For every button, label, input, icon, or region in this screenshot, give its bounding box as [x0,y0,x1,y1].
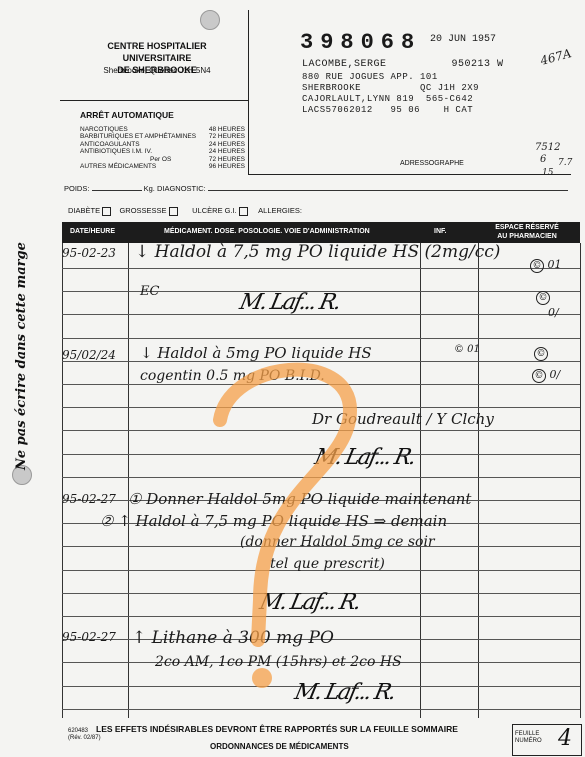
margin-note: 7512 [535,142,560,153]
order-date: 95/02/24 [62,348,116,362]
arret-value: 72 HEURES [209,133,245,140]
diabete-label: DIABÈTE [68,206,100,215]
arret-row: ANTIBIOTIQUES I.M. IV.24 HEURES [80,148,245,155]
arret-value: 24 HEURES [209,141,245,148]
order-line: (donner Haldol 5mg ce soir [240,534,435,550]
allergies-label: ALLERGIES: [258,206,302,215]
arret-label: AUTRES MÉDICAMENTS [80,163,156,170]
pharm-check-icon: © [534,347,548,361]
margin-note: 7.7 [558,158,572,168]
col-pharmacien-line2: AU PHARMACIEN [482,232,572,241]
punch-hole [200,10,220,30]
arret-row: BARBITURIQUES ET AMPHÉTAMINES72 HEURES [80,133,245,140]
addressograph-lines: LACOMBE,SERGE 950213 W880 RUE JOGUES APP… [302,58,504,116]
order-line: ↓ Haldol à 5mg PO liquide HS [140,344,372,362]
grid-line [580,243,581,718]
inf-mark: © 01 [454,344,480,355]
col-pharmacien: ESPACE RÉSERVÉ AU PHARMACIEN [482,223,572,241]
poids-label: POIDS: [64,184,89,193]
adverse-effects-warning: LES EFFETS INDÉSIRABLES DEVRONT ÊTRE RAP… [96,724,458,734]
order-date: 95-02-27 [62,492,116,506]
order-line: tel que prescrit) [270,556,385,572]
grossesse-label: GROSSESSE [119,206,166,215]
feuille-label: FEUILLE [515,731,542,738]
stamp-date: 20 JUN 1957 [430,34,496,45]
sheet-number: 4 [558,726,572,751]
conditions-row: DIABÈTE GROSSESSE ULCÈRE G.I. ALLERGIES: [68,206,302,216]
margin-note: 6 [540,154,546,165]
form-revision: (Rév. 02/87) [68,735,101,742]
arret-value: 48 HEURES [209,126,245,133]
diabete-checkbox[interactable] [102,207,111,216]
ruled-line [62,407,580,408]
addressograph-line: SHERBROOKE QC J1H 2X9 [302,83,504,94]
ruled-line [62,709,580,710]
hospital-address: Sherbrooke, Québec J1H 5N4 [72,66,242,75]
col-date: DATE/HEURE [70,228,115,235]
pharm-check-icon: © [530,259,544,273]
order-line: EC [140,284,159,299]
arret-title: ARRÊT AUTOMATIQUE [80,110,174,120]
pharmacist-mark: © [536,290,550,305]
addressograph-line: LACS57062012 95 06 H CAT [302,105,504,116]
ruled-line [62,616,580,617]
arret-value: 72 HEURES [209,156,245,163]
arret-label: ANTICOAGULANTS [80,141,140,148]
orders-table-header: DATE/HEURE MÉDICAMENT. DOSE. POSOLOGIE. … [62,222,580,243]
arret-row: AUTRES MÉDICAMENTS96 HEURES [80,163,245,170]
order-line: 2co AM, 1co PM (15hrs) et 2co HS [155,654,402,670]
arret-row: Per OS72 HEURES [80,156,245,163]
order-line: ② ↑ Haldol à 7,5 mg PO liquide HS ⇒ dema… [100,512,447,530]
grossesse-checkbox[interactable] [169,207,178,216]
addressograph-line: 880 RUE JOGUES APP. 101 [302,72,504,83]
diagnostic-label: Kg. DIAGNOSTIC: [144,184,206,193]
arret-label: ANTIBIOTIQUES I.M. IV. [80,148,152,155]
numero-label: NUMÉRO [515,738,542,745]
order-line: ↓ Haldol à 7,5 mg PO liquide HS (2mg/cc) [135,242,500,262]
arret-label: BARBITURIQUES ET AMPHÉTAMINES [80,133,196,140]
pharm-check-icon: © [532,369,546,383]
pharmacist-mark: © [534,346,548,361]
form-title: ORDONNANCES DE MÉDICAMENTS [210,742,349,751]
ruled-line [62,338,580,339]
addressograph-line: CAJORLAULT,LYNN 819 565-C642 [302,94,504,105]
pharm-mark-text: 0/ [550,368,561,381]
hospital-name-line1: CENTRE HOSPITALIER UNIVERSITAIRE [72,40,242,64]
pharmacist-mark: © 01 [530,258,562,273]
addressograph-label: ADRESSOGRAPHE [400,160,464,167]
ruled-line [62,268,580,269]
pharmacist-mark: 0/ [548,306,559,319]
signature: M. Laf... R. [292,680,396,705]
order-line: ① Donner Haldol 5mg PO liquide maintenan… [128,490,471,508]
arret-value: 96 HEURES [209,163,245,170]
arret-row: ANTICOAGULANTS24 HEURES [80,141,245,148]
arret-value: 24 HEURES [209,148,245,155]
col-inf: INF. [434,228,446,235]
ulcere-label: ULCÈRE G.I. [192,206,237,215]
arret-table: NARCOTIQUES48 HEURESBARBITURIQUES ET AMP… [80,126,245,170]
signature: M. Laf... R. [312,445,416,470]
col-pharmacien-line1: ESPACE RÉSERVÉ [482,223,572,232]
order-date: 95-02-27 [62,630,116,644]
arret-label: Per OS [80,156,171,163]
signature: M. Laf... R. [257,590,361,615]
signature: M. Laf... R. [237,290,341,315]
ruled-line [62,384,580,385]
order-date: 95-02-23 [62,246,116,260]
margin-warning: Ne pas écrire dans cette marge [14,242,29,470]
order-line: cogentin 0.5 mg PO B.I.D. [140,368,325,384]
pharm-check-icon: © [536,291,550,305]
ruled-line [62,477,580,478]
weight-field[interactable]: POIDS: Kg. DIAGNOSTIC: [64,184,568,193]
ruled-line [62,430,580,431]
patient-number: 398068 [300,30,421,55]
ulcere-checkbox[interactable] [239,207,248,216]
addressograph-line: LACOMBE,SERGE 950213 W [302,58,504,72]
margin-note: 15 [542,168,553,178]
order-line: ↑ Lithane à 300 mg PO [132,628,334,648]
doctor-note: Dr Goudreault / Y Clchy [312,410,494,428]
pharm-mark-text: 01 [548,258,562,271]
col-medicament: MÉDICAMENT. DOSE. POSOLOGIE. VOIE D'ADMI… [164,228,370,235]
sheet-number-label: FEUILLE NUMÉRO [515,731,542,745]
pharmacist-mark: © 0/ [532,368,560,383]
